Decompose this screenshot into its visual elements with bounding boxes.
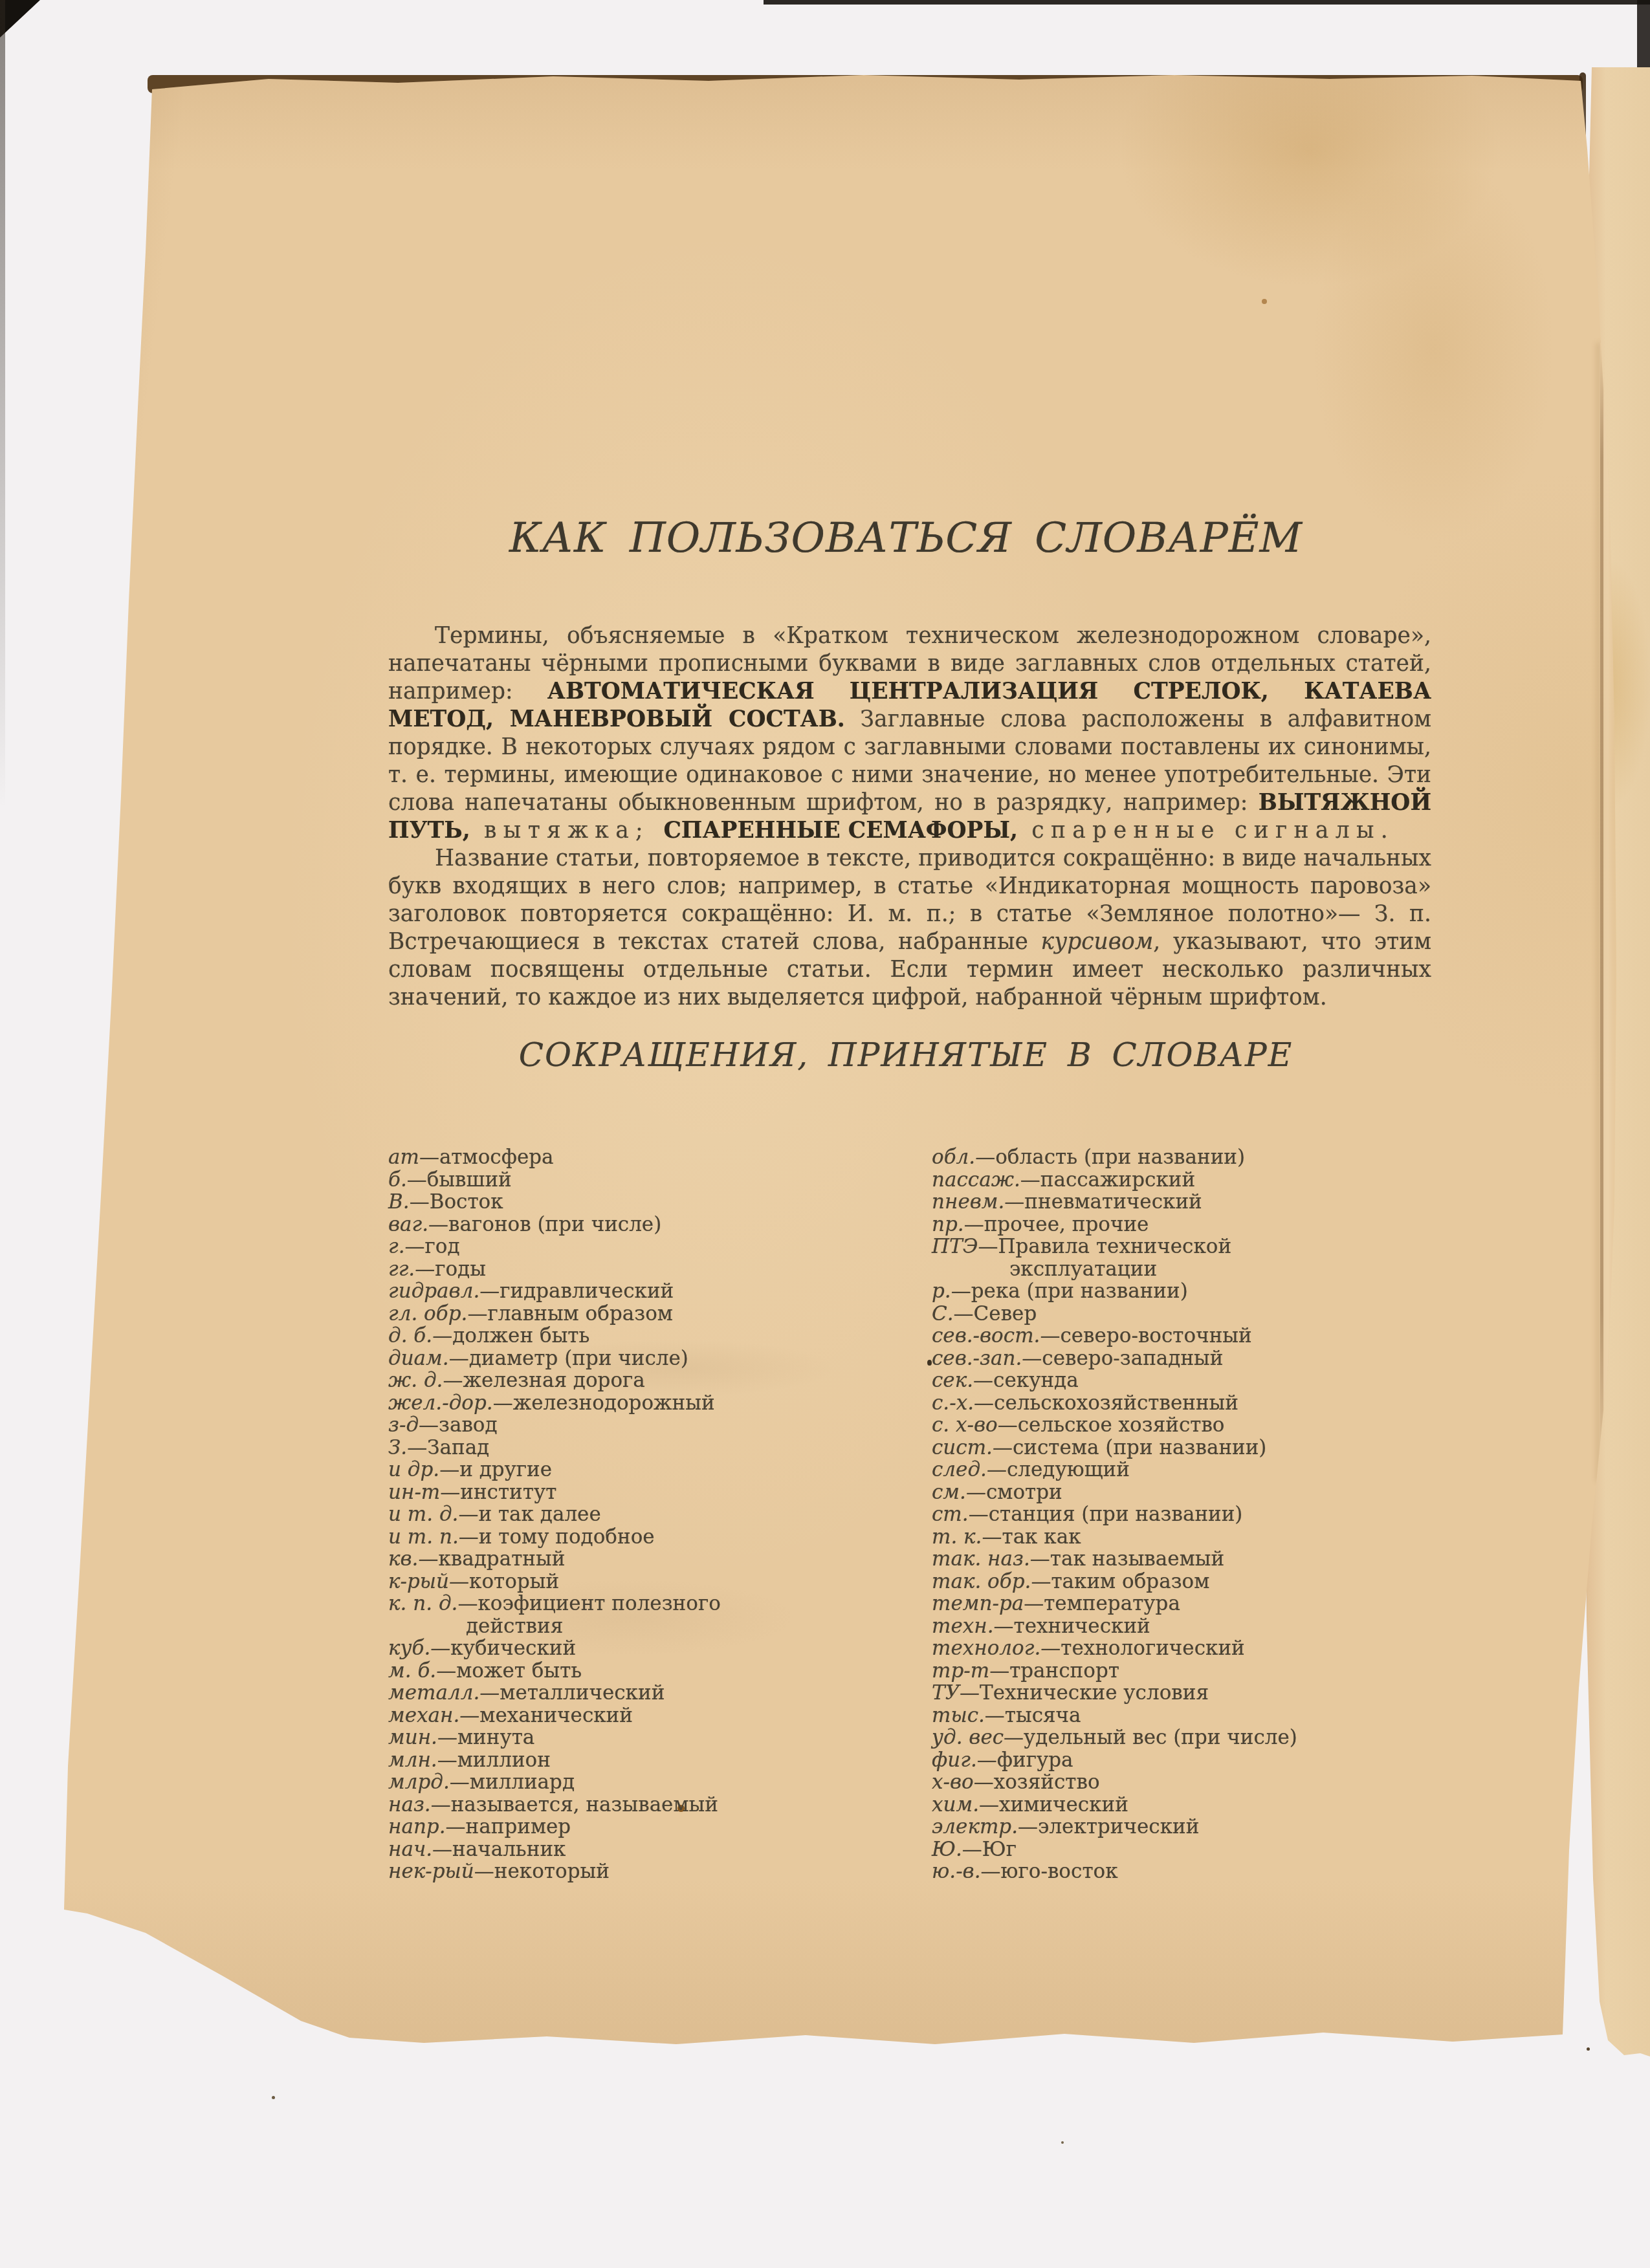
abbr-definition: металлический [500,1681,665,1705]
abbr-definition: Правила технической [998,1235,1231,1258]
abbr-term: темп-ра [932,1592,1024,1615]
abbr-term: к-рый [388,1570,449,1593]
abbr-item: металл.—металлический [388,1682,925,1705]
abbr-item: т. к.—так как [932,1526,1456,1549]
abbr-definition: должен быть [452,1324,589,1347]
abbr-term: металл. [388,1681,479,1705]
abbr-column-right: обл.—область (при названии)пассаж.—пасса… [932,1146,1456,1883]
abbr-definition: бывший [427,1168,512,1192]
abbr-dash: — [1040,1324,1060,1347]
abbr-term: диам. [388,1347,449,1370]
abbr-term: гг. [388,1258,415,1281]
abbr-term: нач. [388,1838,432,1861]
abbr-definition: сельское хозяйство [1018,1413,1225,1437]
abbr-item: тыс.—тысяча [932,1705,1456,1727]
abbr-term: д. б. [388,1324,432,1347]
abbr-dash: — [973,1369,993,1392]
abbr-item: гидравл.—гидравлический [388,1280,925,1303]
text-segment-bold: СПАРЕННЫЕ СЕМАФОРЫ, [663,818,1018,844]
abbr-dash: — [457,1592,478,1615]
abbr-definition: станция (при названии) [989,1503,1243,1526]
abbr-dash: — [1040,1637,1061,1660]
abbr-definition: железнодорожный [513,1391,715,1415]
abbr-term: и т. п. [388,1525,459,1549]
abbr-term: м. б. [388,1659,436,1683]
abbr-item: пассаж.—пассажирский [932,1169,1456,1192]
abbr-item: см.—смотри [932,1481,1456,1504]
abbr-item: и т. д.—и так далее [388,1503,925,1526]
abbr-definition: годы [435,1258,486,1281]
abbr-item: след.—следующий [932,1459,1456,1481]
abbr-dash: — [443,1369,463,1392]
abbr-term: кв. [388,1547,418,1571]
abbr-definition: смотри [986,1481,1062,1504]
abbr-definition: пневматический [1024,1190,1202,1214]
abbr-term: гл. обр. [388,1302,467,1325]
abbr-definition: сельскохозяйственный [994,1391,1238,1415]
abbr-item: куб.—кубический [388,1637,925,1660]
abbr-term: сев.-вост. [932,1324,1040,1347]
abbr-term: ат [388,1146,419,1169]
abbr-dash: — [479,1681,500,1705]
abbr-dash: — [1020,1168,1040,1192]
abbr-dash: — [964,1213,984,1236]
abbr-term: ваг. [388,1213,428,1236]
dust-speck [1587,2047,1590,2051]
abbr-item: д. б.—должен быть [388,1325,925,1347]
intro-paragraph: Название статьи, повторяемое в тексте, п… [388,845,1431,1012]
abbr-dash: — [977,1749,997,1772]
abbr-term: напр. [388,1815,446,1838]
abbr-term: С. [932,1302,954,1325]
abbr-term: гидравл. [388,1280,479,1303]
abbr-definition: электрический [1038,1815,1199,1838]
abbr-dash: — [437,1749,457,1772]
abbr-item: фиг.—фигура [932,1749,1456,1772]
abbr-dash: — [960,1681,980,1705]
abbr-dash: — [410,1190,430,1214]
abbr-dash: — [1022,1347,1042,1370]
abbr-definition: тысяча [1005,1704,1081,1727]
abbr-term: млн. [388,1749,437,1772]
abbr-dash: — [428,1213,448,1236]
abbr-column-left: ат—атмосфераб.—бывшийВ.—Востокваг.—вагон… [388,1146,925,1883]
abbr-term: В. [388,1190,410,1214]
intro-text: Термины, объясняемые в «Кратком техничес… [388,622,1431,1012]
abbr-definition: называется, называемый [451,1793,718,1816]
abbr-term: р. [932,1280,951,1303]
abbr-item: технолог.—технологический [932,1637,1456,1660]
abbr-item: В.—Восток [388,1191,925,1214]
page-crease [1600,343,1603,1481]
abbr-dash: — [978,1235,998,1258]
abbr-term: мин. [388,1726,437,1749]
abbr-term: ж. д. [388,1369,443,1392]
abbr-dash: — [493,1391,513,1415]
abbr-definition: и так далее [478,1503,600,1526]
abbr-dash: — [459,1525,479,1549]
abbr-item: ю.-в.—юго-восток [932,1860,1456,1883]
abbr-term: ПТЭ [932,1235,978,1258]
abbr-dash: — [981,1860,1001,1883]
abbr-definition: технологический [1061,1637,1244,1660]
abbr-dash: — [474,1860,494,1883]
abbr-item: ПТЭ—Правила техническойэксплуатации [932,1236,1456,1280]
abbr-definition: Запад [427,1436,489,1459]
abbr-definition: диаметр (при числе) [469,1347,688,1370]
abbr-dash: — [459,1704,479,1727]
abbr-term: с. х-во [932,1413,998,1437]
abbr-term: ин-т [388,1481,440,1504]
abbr-definition: вагонов (при числе) [448,1213,661,1236]
abbr-dash: — [415,1258,435,1281]
abbr-definition: может быть [456,1659,582,1683]
abbr-term: млрд. [388,1771,450,1794]
abbr-dash: — [439,1458,459,1481]
abbr-definition: некоторый [494,1860,610,1883]
abbr-term: пневм. [932,1190,1004,1214]
abbr-dash: — [458,1503,478,1526]
abbr-definition: железная дорога [463,1369,644,1392]
abbr-definition: Восток [430,1190,503,1214]
abbr-item: р.—река (при названии) [932,1280,1456,1303]
abbr-item: так. обр.—таким образом [932,1571,1456,1593]
abbr-dash: — [969,1503,989,1526]
abbr-definition: транспорт [1009,1659,1119,1683]
abbr-term: З. [388,1436,407,1459]
foxing-speck [1262,299,1267,304]
abbr-dash: — [985,1704,1005,1727]
intro-paragraph: Термины, объясняемые в «Кратком техничес… [388,622,1431,845]
abbr-item: б.—бывший [388,1169,925,1192]
abbr-item: ваг.—вагонов (при числе) [388,1214,925,1236]
abbr-dash: — [1024,1592,1044,1615]
abbr-item: сек.—секунда [932,1369,1456,1392]
abbr-definition: хозяйство [994,1771,1100,1794]
abbr-term: обл. [932,1146,975,1169]
abbr-dash: — [951,1280,971,1303]
abbr-term: см. [932,1481,966,1504]
abbr-definition: например [466,1815,571,1838]
abbr-dash: — [1030,1547,1050,1571]
abbr-term: след. [932,1458,987,1481]
abbr-term: и т. д. [388,1503,458,1526]
abbr-term: тыс. [932,1704,985,1727]
abbr-dash: — [987,1458,1007,1481]
abbr-term: Ю. [932,1838,962,1861]
abbr-item: к-рый—который [388,1571,925,1593]
abbr-item: жел.-дор.—железнодорожный [388,1392,925,1415]
abbr-definition: который [469,1570,559,1593]
abbr-term: техн. [932,1615,994,1638]
abbr-definition: миллиард [470,1771,575,1794]
abbr-definition: северо-восточный [1060,1324,1251,1347]
abbr-item: мин.—минута [388,1727,925,1749]
abbr-item: и др.—и другие [388,1459,925,1481]
abbr-item: техн.—технический [932,1615,1456,1638]
abbr-item: электр.—электрический [932,1816,1456,1838]
abbr-term: сев.-зап. [932,1347,1022,1370]
abbr-term: б. [388,1168,407,1192]
abbr-item: ТУ—Технические условия [932,1682,1456,1705]
abbr-dash: — [419,1413,439,1437]
abbr-dash: — [419,1146,439,1169]
abbr-definition: область (при названии) [995,1146,1245,1169]
abbr-definition: завод [439,1413,498,1437]
abbr-item: Ю.—Юг [932,1838,1456,1861]
abbr-dash: — [405,1235,425,1258]
abbr-term: г. [388,1235,405,1258]
abbr-definition: следующий [1007,1458,1130,1481]
abbr-item: к. п. д.—коэфициент полезногодействия [388,1593,925,1637]
dust-speck [272,2096,275,2099]
abbr-item: сист.—система (при названии) [932,1437,1456,1459]
abbr-dash: — [1004,1190,1024,1214]
abbr-term: х-во [932,1771,974,1794]
abbr-dash: — [432,1324,452,1347]
abbr-definition: таким образом [1051,1570,1209,1593]
abbr-item: и т. п.—и тому подобное [388,1526,925,1549]
abbr-dash: — [974,1391,994,1415]
abbr-item: механ.—механический [388,1705,925,1727]
scan-corner-black-top-left [0,0,40,38]
abbr-item: обл.—область (при названии) [932,1146,1456,1169]
abbr-definition: коэфициент полезного [478,1592,720,1615]
abbr-dash: — [982,1525,1002,1549]
abbr-definition: и тому подобное [479,1525,655,1549]
abbr-item: так. наз.—так называемый [932,1548,1456,1571]
abbr-item: пневм.—пневматический [932,1191,1456,1214]
book-page: КАК ПОЛЬЗОВАТЬСЯ СЛОВАРЁМ Термины, объяс… [61,71,1621,2057]
abbr-term: ТУ [932,1681,960,1705]
abbr-item: сев.-вост.—северо-восточный [932,1325,1456,1347]
abbr-term: т. к. [932,1525,982,1549]
abbr-term: ст. [932,1503,969,1526]
abbr-dash: — [450,1771,470,1794]
abbr-definition: главным образом [487,1302,673,1325]
abbr-dash: — [994,1615,1014,1638]
scan-black-strip-top [764,0,1650,5]
abbr-dash: — [467,1302,487,1325]
abbr-dash: — [954,1302,974,1325]
abbr-item: диам.—диаметр (при числе) [388,1347,925,1370]
text-segment-italic: курсивом [1041,929,1154,955]
scan-left-edge-shadow [0,0,5,809]
abbr-definition: юго-восток [1001,1860,1118,1883]
abbr-item: нач.—начальник [388,1838,925,1861]
abbr-definition: миллион [457,1749,551,1772]
abbr-definition: фигура [997,1749,1073,1772]
abbr-item: ин-т—институт [388,1481,925,1504]
abbr-dash: — [479,1280,500,1303]
abbr-dash: — [962,1838,982,1861]
abbr-term: хим. [932,1793,979,1816]
abbr-definition: атмосфера [439,1146,554,1169]
abbr-item: ж. д.—железная дорога [388,1369,925,1392]
abbr-dash: — [998,1413,1018,1437]
abbr-definition: начальник [452,1838,566,1861]
abbr-dash: — [975,1146,995,1169]
abbr-term: жел.-дор. [388,1391,493,1415]
abbr-item: кв.—квадратный [388,1548,925,1571]
abbr-definition: удельный вес (при числе) [1024,1726,1297,1749]
abbr-dash: — [1018,1815,1038,1838]
abbr-definition: и другие [459,1458,552,1481]
abbr-definition: пассажирский [1040,1168,1195,1192]
abbr-item: С.—Север [932,1303,1456,1325]
abbr-dash: — [966,1481,986,1504]
abbr-dash: — [436,1659,456,1683]
abbr-term: пр. [932,1213,964,1236]
abbr-dash: — [979,1793,999,1816]
abbreviations-heading: СОКРАЩЕНИЯ, ПРИНЯТЫЕ В СЛОВАРЕ [388,1036,1424,1074]
abbr-definition: система (при названии) [1013,1436,1267,1459]
abbr-definition: год [425,1235,460,1258]
abbr-term: уд. вес [932,1726,1004,1749]
scanner-bed: { "document": { "title": "КАК ПОЛЬЗОВАТЬ… [0,0,1650,2268]
abbr-term: так. наз. [932,1547,1030,1571]
abbr-term: и др. [388,1458,439,1481]
abbr-definition: Технические условия [980,1681,1209,1705]
abbr-dash: — [989,1659,1009,1683]
abbr-item: гг.—годы [388,1258,925,1281]
text-segment-spaced: спаренные сигналы. [1018,818,1394,844]
abbr-definition: технический [1014,1615,1150,1638]
abbr-item: м. б.—может быть [388,1660,925,1683]
abbr-definition: температура [1044,1592,1180,1615]
abbr-term: электр. [932,1815,1018,1838]
abbr-definition: так называемый [1050,1547,1224,1571]
abbr-item: З.—Запад [388,1437,925,1459]
abbr-dash: — [449,1570,469,1593]
ink-speck [927,1360,932,1366]
abbr-definition: секунда [993,1369,1079,1392]
abbr-dash: — [1031,1570,1051,1593]
abbr-definition: прочее, прочие [984,1213,1149,1236]
abbr-item: х-во—хозяйство [932,1771,1456,1794]
abbr-dash: — [446,1815,466,1838]
abbr-term: с.-х. [932,1391,974,1415]
abbr-item: сев.-зап.—северо-западный [932,1347,1456,1370]
abbr-item: ст.—станция (при названии) [932,1503,1456,1526]
abbr-item: тр-т—транспорт [932,1660,1456,1683]
abbr-definition: Север [974,1302,1037,1325]
abbr-dash: — [407,1168,427,1192]
abbr-item: темп-ра—температура [932,1593,1456,1615]
abbr-term: наз. [388,1793,431,1816]
abbr-item: ат—атмосфера [388,1146,925,1169]
abbr-item: г.—год [388,1236,925,1258]
abbr-term: сист. [932,1436,993,1459]
abbr-item: хим.—химический [932,1794,1456,1816]
abbr-dash: — [440,1481,460,1504]
abbr-item: гл. обр.—главным образом [388,1303,925,1325]
abbr-definition: химический [999,1793,1128,1816]
abbr-item: млн.—миллион [388,1749,925,1772]
abbr-dash: — [449,1347,469,1370]
abbr-term: з-д [388,1413,419,1437]
abbr-term: ю.-в. [932,1860,981,1883]
abbr-term: куб. [388,1637,430,1660]
abbr-term: тр-т [932,1659,989,1683]
abbr-definition: северо-западный [1042,1347,1223,1370]
text-segment-spaced: вытяжка; [470,818,664,844]
abbr-item: с.-х.—сельскохозяйственный [932,1392,1456,1415]
abbr-definition: институт [460,1481,556,1504]
abbr-term: механ. [388,1704,459,1727]
abbr-term: так. обр. [932,1570,1031,1593]
abbr-definition: река (при названии) [971,1280,1188,1303]
abbr-item: пр.—прочее, прочие [932,1214,1456,1236]
abbr-item: з-д—завод [388,1414,925,1437]
abbr-definition: минута [457,1726,534,1749]
page-title: КАК ПОЛЬЗОВАТЬСЯ СЛОВАРЁМ [388,514,1424,562]
abbr-definition: Юг [982,1838,1017,1861]
abbr-definition: механический [479,1704,633,1727]
abbr-dash: — [407,1436,427,1459]
abbr-definition: гидравлический [500,1280,674,1303]
abbr-definition: так как [1002,1525,1081,1549]
abbr-item: нек-рый—некоторый [388,1860,925,1883]
abbr-definition-continuation: эксплуатации [932,1258,1456,1281]
abbr-term: технолог. [932,1637,1040,1660]
abbr-term: к. п. д. [388,1592,457,1615]
abbr-item: уд. вес—удельный вес (при числе) [932,1727,1456,1749]
abbr-item: наз.—называется, называемый [388,1794,925,1816]
abbr-term: фиг. [932,1749,977,1772]
abbr-dash: — [432,1838,452,1861]
abbr-dash: — [974,1771,994,1794]
abbr-dash: — [430,1637,450,1660]
abbr-term: пассаж. [932,1168,1020,1192]
abbr-item: с. х-во—сельское хозяйство [932,1414,1456,1437]
abbr-dash: — [437,1726,457,1749]
abbr-item: напр.—например [388,1816,925,1838]
abbr-term: сек. [932,1369,973,1392]
abbr-dash: — [431,1793,451,1816]
abbr-term: нек-рый [388,1860,474,1883]
dust-speck [1061,2141,1064,2144]
abbr-dash: — [1004,1726,1024,1749]
abbr-dash: — [993,1436,1013,1459]
abbr-definition: квадратный [438,1547,565,1571]
abbr-definition: кубический [450,1637,576,1660]
abbr-item: млрд.—миллиард [388,1771,925,1794]
abbr-definition-continuation: действия [388,1615,925,1638]
abbr-dash: — [418,1547,438,1571]
